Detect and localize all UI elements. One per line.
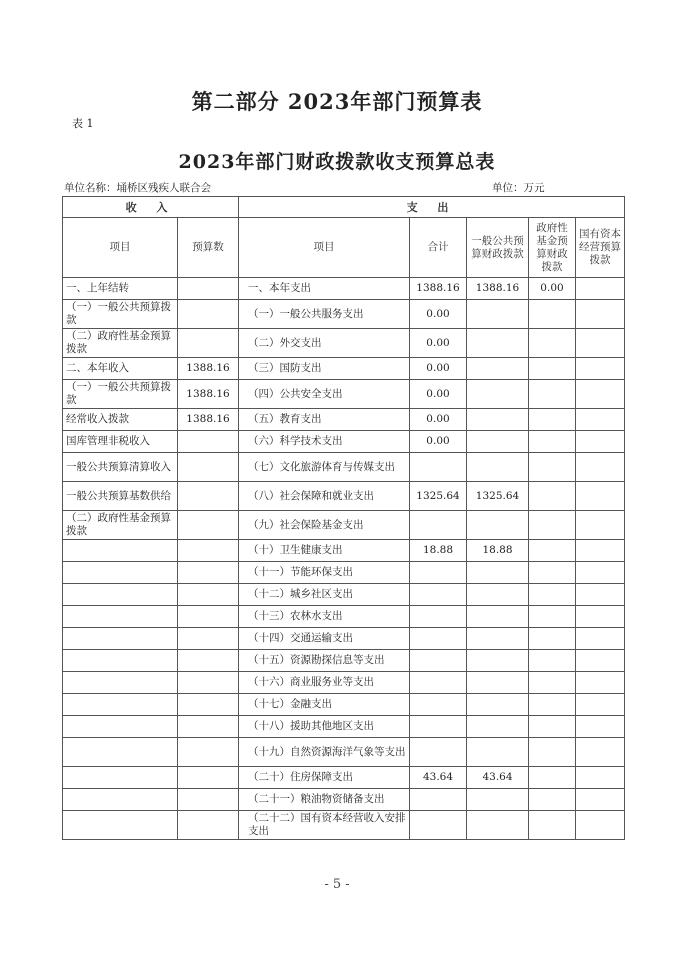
table-row: 一般公共预算基数供给（八）社会保障和就业支出1325.641325.64: [63, 482, 625, 511]
state-capital-cell: [576, 562, 625, 584]
general-public-cell: [467, 650, 529, 672]
expense-item-header: 项目: [239, 218, 410, 278]
income-budget-cell: [178, 453, 239, 482]
expense-item-cell: （七）文化旅游体育与传媒支出: [239, 453, 410, 482]
total-cell: [410, 789, 467, 811]
total-cell: [410, 628, 467, 650]
gov-fund-cell: [529, 453, 576, 482]
income-item-cell: （二）政府性基金预算拨款: [63, 511, 178, 540]
gov-fund-cell: [529, 650, 576, 672]
total-cell: 1388.16: [410, 278, 467, 300]
gov-fund-cell: [529, 694, 576, 716]
income-group-header: 收 入: [63, 197, 239, 218]
income-item-cell: 经常收入拨款: [63, 409, 178, 431]
income-item-cell: 一般公共预算基数供给: [63, 482, 178, 511]
table-row: （一）一般公共预算拨款（一）一般公共服务支出0.00: [63, 300, 625, 329]
expense-item-cell: （十）卫生健康支出: [239, 540, 410, 562]
gov-fund-cell: [529, 540, 576, 562]
income-budget-cell: [178, 482, 239, 511]
income-item-cell: [63, 562, 178, 584]
expense-item-cell: （六）科学技术支出: [239, 431, 410, 453]
gov-fund-cell: [529, 482, 576, 511]
gov-fund-cell: [529, 511, 576, 540]
state-capital-cell: [576, 431, 625, 453]
state-capital-cell: [576, 738, 625, 767]
state-capital-header: 国有资本经营预算拨款: [576, 218, 625, 278]
general-public-cell: [467, 380, 529, 409]
gov-fund-cell: [529, 628, 576, 650]
table-row: （十）卫生健康支出18.8818.88: [63, 540, 625, 562]
general-public-cell: [467, 409, 529, 431]
income-budget-cell: [178, 278, 239, 300]
expense-item-cell: （二十）住房保障支出: [239, 767, 410, 789]
income-budget-cell: [178, 431, 239, 453]
expense-item-cell: （十八）援助其他地区支出: [239, 716, 410, 738]
general-public-cell: 1388.16: [467, 278, 529, 300]
gov-fund-cell: [529, 300, 576, 329]
gov-fund-cell: 0.00: [529, 278, 576, 300]
income-item-cell: （二）政府性基金预算拨款: [63, 329, 178, 358]
gov-fund-cell: [529, 431, 576, 453]
general-public-cell: [467, 453, 529, 482]
state-capital-cell: [576, 540, 625, 562]
table-row: （十五）资源勘探信息等支出: [63, 650, 625, 672]
general-public-cell: [467, 329, 529, 358]
income-item-cell: [63, 606, 178, 628]
income-item-cell: [63, 584, 178, 606]
income-item-cell: [63, 811, 178, 840]
state-capital-cell: [576, 606, 625, 628]
gov-fund-cell: [529, 409, 576, 431]
state-capital-cell: [576, 453, 625, 482]
table-row: （十三）农林水支出: [63, 606, 625, 628]
page-number: - 5 -: [0, 877, 674, 892]
income-item-cell: [63, 650, 178, 672]
expense-item-cell: （二十二）国有资本经营收入安排支出: [239, 811, 410, 840]
expense-item-cell: （三）国防支出: [239, 358, 410, 380]
total-cell: [410, 453, 467, 482]
table-row: （十二）城乡社区支出: [63, 584, 625, 606]
income-budget-cell: [178, 628, 239, 650]
general-public-cell: 18.88: [467, 540, 529, 562]
state-capital-cell: [576, 482, 625, 511]
total-cell: 0.00: [410, 409, 467, 431]
gov-fund-cell: [529, 562, 576, 584]
income-item-cell: 一、上年结转: [63, 278, 178, 300]
total-cell: 1325.64: [410, 482, 467, 511]
general-public-cell: [467, 511, 529, 540]
gov-fund-cell: [529, 380, 576, 409]
income-budget-cell: [178, 738, 239, 767]
expense-item-cell: （十二）城乡社区支出: [239, 584, 410, 606]
state-capital-cell: [576, 789, 625, 811]
general-public-cell: [467, 628, 529, 650]
total-cell: [410, 694, 467, 716]
expense-item-cell: （十一）节能环保支出: [239, 562, 410, 584]
state-capital-cell: [576, 650, 625, 672]
income-budget-cell: [178, 716, 239, 738]
income-budget-cell: 1388.16: [178, 409, 239, 431]
income-item-cell: [63, 694, 178, 716]
state-capital-cell: [576, 380, 625, 409]
expense-item-cell: （四）公共安全支出: [239, 380, 410, 409]
income-item-cell: [63, 672, 178, 694]
state-capital-cell: [576, 300, 625, 329]
total-cell: 0.00: [410, 358, 467, 380]
total-cell: [410, 606, 467, 628]
total-cell: [410, 511, 467, 540]
income-item-cell: [63, 738, 178, 767]
general-public-cell: [467, 562, 529, 584]
income-budget-cell: [178, 694, 239, 716]
expense-item-cell: （九）社会保险基金支出: [239, 511, 410, 540]
income-budget-cell: [178, 606, 239, 628]
expense-item-cell: （二）外交支出: [239, 329, 410, 358]
table-row: 二、本年收入1388.16（三）国防支出0.00: [63, 358, 625, 380]
general-public-cell: [467, 738, 529, 767]
state-capital-cell: [576, 278, 625, 300]
gov-fund-cell: [529, 767, 576, 789]
table-row: （十九）自然资源海洋气象等支出: [63, 738, 625, 767]
income-item-header: 项目: [63, 218, 178, 278]
table-row: （十六）商业服务业等支出: [63, 672, 625, 694]
total-cell: 0.00: [410, 300, 467, 329]
expense-item-cell: （二十一）粮油物资储备支出: [239, 789, 410, 811]
income-item-cell: [63, 716, 178, 738]
income-budget-cell: 1388.16: [178, 380, 239, 409]
table-title: 2023年部门财政拨款收支预算总表: [0, 147, 674, 174]
total-cell: 18.88: [410, 540, 467, 562]
income-budget-cell: [178, 789, 239, 811]
expense-item-cell: （十七）金融支出: [239, 694, 410, 716]
income-item-cell: [63, 767, 178, 789]
income-budget-cell: [178, 767, 239, 789]
general-public-cell: [467, 358, 529, 380]
state-capital-cell: [576, 409, 625, 431]
general-public-cell: [467, 789, 529, 811]
state-capital-cell: [576, 358, 625, 380]
income-item-cell: （一）一般公共预算拨款: [63, 380, 178, 409]
state-capital-cell: [576, 329, 625, 358]
general-public-cell: [467, 811, 529, 840]
table-row: （十一）节能环保支出: [63, 562, 625, 584]
income-item-cell: [63, 540, 178, 562]
state-capital-cell: [576, 694, 625, 716]
table-row: 经常收入拨款1388.16（五）教育支出0.00: [63, 409, 625, 431]
expense-item-cell: （八）社会保障和就业支出: [239, 482, 410, 511]
general-public-header: 一般公共预算财政拨款: [467, 218, 529, 278]
income-budget-cell: [178, 511, 239, 540]
table-row: （二）政府性基金预算拨款（九）社会保险基金支出: [63, 511, 625, 540]
budget-summary-table: 收 入 支 出 项目 预算数 项目 合计 一般公共预算财政拨款 政府性基金预算财…: [62, 196, 625, 840]
table-row: （二十）住房保障支出43.6443.64: [63, 767, 625, 789]
income-budget-cell: [178, 672, 239, 694]
gov-fund-cell: [529, 584, 576, 606]
general-public-cell: 1325.64: [467, 482, 529, 511]
income-item-cell: [63, 628, 178, 650]
expense-item-cell: （十四）交通运输支出: [239, 628, 410, 650]
state-capital-cell: [576, 584, 625, 606]
gov-fund-cell: [529, 606, 576, 628]
unit-name: 单位名称：埇桥区残疾人联合会: [64, 180, 211, 195]
table-row: 一、上年结转一、本年支出1388.161388.160.00: [63, 278, 625, 300]
total-cell: [410, 716, 467, 738]
table-row: （十七）金融支出: [63, 694, 625, 716]
gov-fund-cell: [529, 329, 576, 358]
expense-item-cell: （十三）农林水支出: [239, 606, 410, 628]
income-budget-cell: [178, 540, 239, 562]
general-public-cell: [467, 672, 529, 694]
gov-fund-cell: [529, 811, 576, 840]
total-header: 合计: [410, 218, 467, 278]
general-public-cell: [467, 606, 529, 628]
income-budget-cell: [178, 300, 239, 329]
general-public-cell: [467, 300, 529, 329]
income-budget-cell: [178, 650, 239, 672]
table-row: （二十二）国有资本经营收入安排支出: [63, 811, 625, 840]
income-budget-cell: 1388.16: [178, 358, 239, 380]
gov-fund-cell: [529, 716, 576, 738]
table-number: 表 1: [72, 115, 94, 131]
general-public-cell: [467, 694, 529, 716]
table-row: （二）政府性基金预算拨款（二）外交支出0.00: [63, 329, 625, 358]
expense-group-header: 支 出: [239, 197, 625, 218]
income-item-cell: （一）一般公共预算拨款: [63, 300, 178, 329]
income-budget-cell: [178, 584, 239, 606]
general-public-cell: [467, 584, 529, 606]
income-item-cell: 国库管理非税收入: [63, 431, 178, 453]
total-cell: [410, 672, 467, 694]
gov-fund-header: 政府性基金预算财政拨款: [529, 218, 576, 278]
state-capital-cell: [576, 767, 625, 789]
expense-item-cell: （五）教育支出: [239, 409, 410, 431]
general-public-cell: 43.64: [467, 767, 529, 789]
expense-item-cell: 一、本年支出: [239, 278, 410, 300]
income-item-cell: 二、本年收入: [63, 358, 178, 380]
income-budget-cell: [178, 811, 239, 840]
table-row: （二十一）粮油物资储备支出: [63, 789, 625, 811]
total-cell: 0.00: [410, 329, 467, 358]
expense-item-cell: （一）一般公共服务支出: [239, 300, 410, 329]
state-capital-cell: [576, 511, 625, 540]
total-cell: [410, 650, 467, 672]
total-cell: 0.00: [410, 380, 467, 409]
state-capital-cell: [576, 672, 625, 694]
total-cell: [410, 738, 467, 767]
part-title: 第二部分 2023年部门预算表: [0, 86, 674, 116]
income-item-cell: 一般公共预算清算收入: [63, 453, 178, 482]
gov-fund-cell: [529, 672, 576, 694]
income-budget-cell: [178, 329, 239, 358]
expense-item-cell: （十六）商业服务业等支出: [239, 672, 410, 694]
currency-unit: 单位：万元: [492, 180, 545, 195]
gov-fund-cell: [529, 738, 576, 767]
general-public-cell: [467, 431, 529, 453]
total-cell: [410, 584, 467, 606]
income-item-cell: [63, 789, 178, 811]
table-row: （一）一般公共预算拨款1388.16（四）公共安全支出0.00: [63, 380, 625, 409]
table-row: 国库管理非税收入（六）科学技术支出0.00: [63, 431, 625, 453]
total-cell: [410, 562, 467, 584]
income-budget-cell: [178, 562, 239, 584]
expense-item-cell: （十九）自然资源海洋气象等支出: [239, 738, 410, 767]
gov-fund-cell: [529, 358, 576, 380]
table-row: （十八）援助其他地区支出: [63, 716, 625, 738]
income-budget-header: 预算数: [178, 218, 239, 278]
gov-fund-cell: [529, 789, 576, 811]
total-cell: 43.64: [410, 767, 467, 789]
expense-item-cell: （十五）资源勘探信息等支出: [239, 650, 410, 672]
general-public-cell: [467, 716, 529, 738]
state-capital-cell: [576, 716, 625, 738]
table-row: （十四）交通运输支出: [63, 628, 625, 650]
state-capital-cell: [576, 811, 625, 840]
table-row: 一般公共预算清算收入（七）文化旅游体育与传媒支出: [63, 453, 625, 482]
total-cell: [410, 811, 467, 840]
state-capital-cell: [576, 628, 625, 650]
total-cell: 0.00: [410, 431, 467, 453]
